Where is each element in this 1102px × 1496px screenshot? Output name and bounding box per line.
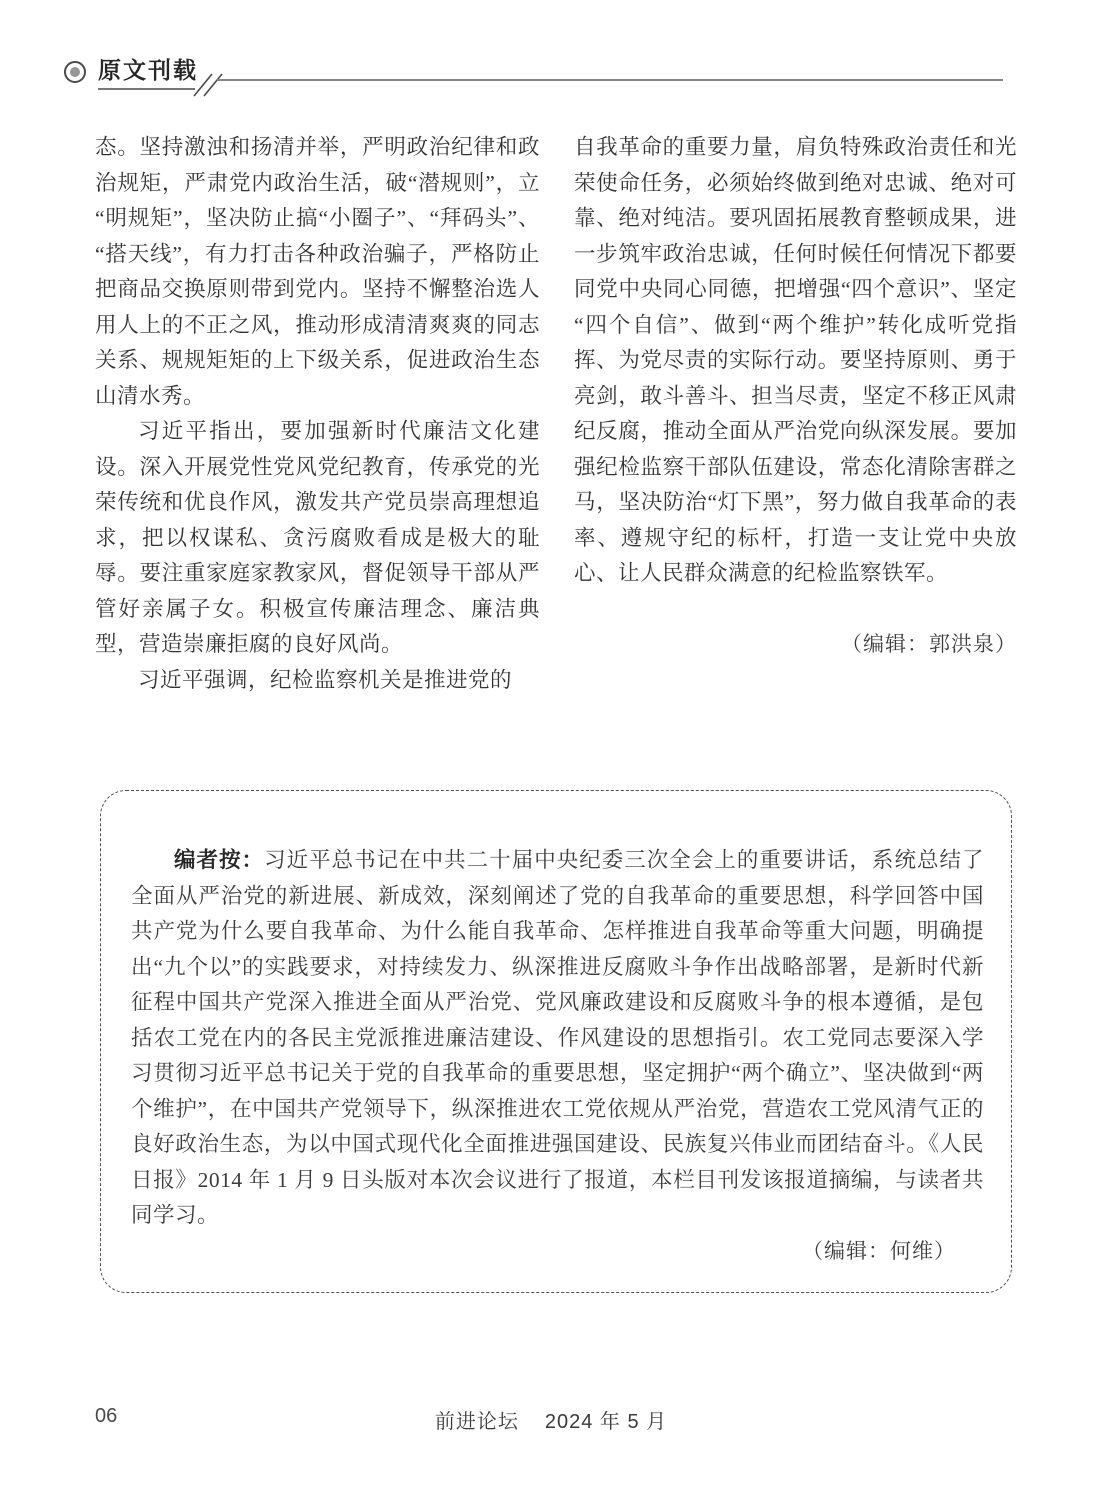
editors-note-credit: （编辑：何维） — [131, 1234, 984, 1270]
article-paragraph: 自我革命的重要力量，肩负特殊政治责任和光荣使命任务，必须始终做到绝对忠诚、绝对可… — [574, 130, 1017, 592]
editors-note-paragraph: 编者按：习近平总书记在中共二十届中央纪委三次全会上的重要讲话，系统总结了全面从严… — [131, 843, 984, 1234]
section-header: 原文刊载 — [0, 0, 1102, 110]
article-paragraph: 习近平强调，纪检监察机关是推进党的 — [95, 663, 540, 699]
article-paragraph: 习近平指出，要加强新时代廉洁文化建设。深入开展党性党风党纪教育，传承党的光荣传统… — [95, 414, 540, 663]
editors-note-box: 编者按：习近平总书记在中共二十届中央纪委三次全会上的重要讲话，系统总结了全面从严… — [100, 790, 1012, 1293]
bullet-dot — [70, 67, 80, 77]
article-paragraph: 态。坚持激浊和扬清并举，严明政治纪律和政治规矩，严肃党内政治生活，破“潜规则”，… — [95, 130, 540, 414]
issue-date: 2024 年 5 月 — [545, 1411, 667, 1433]
editors-note-label: 编者按： — [174, 848, 264, 872]
journal-footer: 前进论坛2024 年 5 月 — [0, 1405, 1102, 1434]
section-bullet-icon — [64, 61, 86, 83]
article-body: 态。坚持激浊和扬清并举，严明政治纪律和政治规矩，严肃党内政治生活，破“潜规则”，… — [95, 130, 1017, 698]
editors-note-body: 习近平总书记在中共二十届中央纪委三次全会上的重要讲话，系统总结了全面从严治党的新… — [131, 848, 984, 1227]
header-divider-rule — [98, 70, 1008, 100]
journal-name: 前进论坛 — [435, 1411, 519, 1433]
magazine-page: 原文刊载 态。坚持激浊和扬清并举，严明政治纪律和政治规矩，严肃党内政治生活，破“… — [0, 0, 1102, 1496]
article-editor-credit: （编辑：郭洪泉） — [574, 627, 1017, 663]
article-column-left: 态。坚持激浊和扬清并举，严明政治纪律和政治规矩，严肃党内政治生活，破“潜规则”，… — [95, 130, 540, 698]
page-footer: 06 前进论坛2024 年 5 月 — [0, 1403, 1102, 1437]
article-column-right: 自我革命的重要力量，肩负特殊政治责任和光荣使命任务，必须始终做到绝对忠诚、绝对可… — [574, 130, 1017, 698]
